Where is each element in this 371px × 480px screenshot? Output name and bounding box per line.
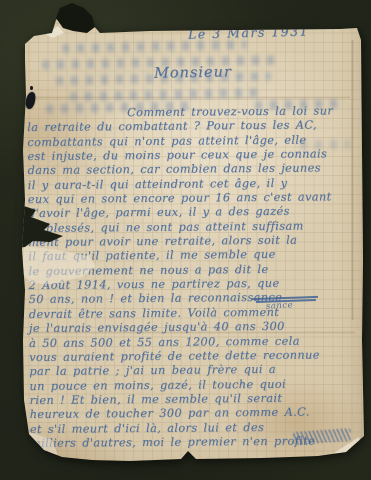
paper-wrapper: Le 3 Mars 1931 Monsieur Comment trouvez-…	[0, 0, 371, 480]
date-line: Le 3 Mars 1931	[188, 23, 309, 41]
letter-paper: Le 3 Mars 1931 Monsieur Comment trouvez-…	[0, 0, 371, 480]
salutation: Monsieur	[154, 64, 232, 81]
body-line: Comment trouvez-vous la loi sur	[127, 104, 363, 120]
letter-body: Comment trouvez-vous la loi surla retrai…	[27, 104, 366, 451]
interline-correction: sance	[266, 300, 294, 311]
body-line: dans ma section, car combien dans les je…	[28, 161, 364, 178]
scanned-letter-photo: Le 3 Mars 1931 Monsieur Comment trouvez-…	[0, 0, 371, 480]
body-line: la retraite du combattant ? Pour tous le…	[27, 118, 363, 135]
ink-blot-dot	[30, 86, 33, 90]
